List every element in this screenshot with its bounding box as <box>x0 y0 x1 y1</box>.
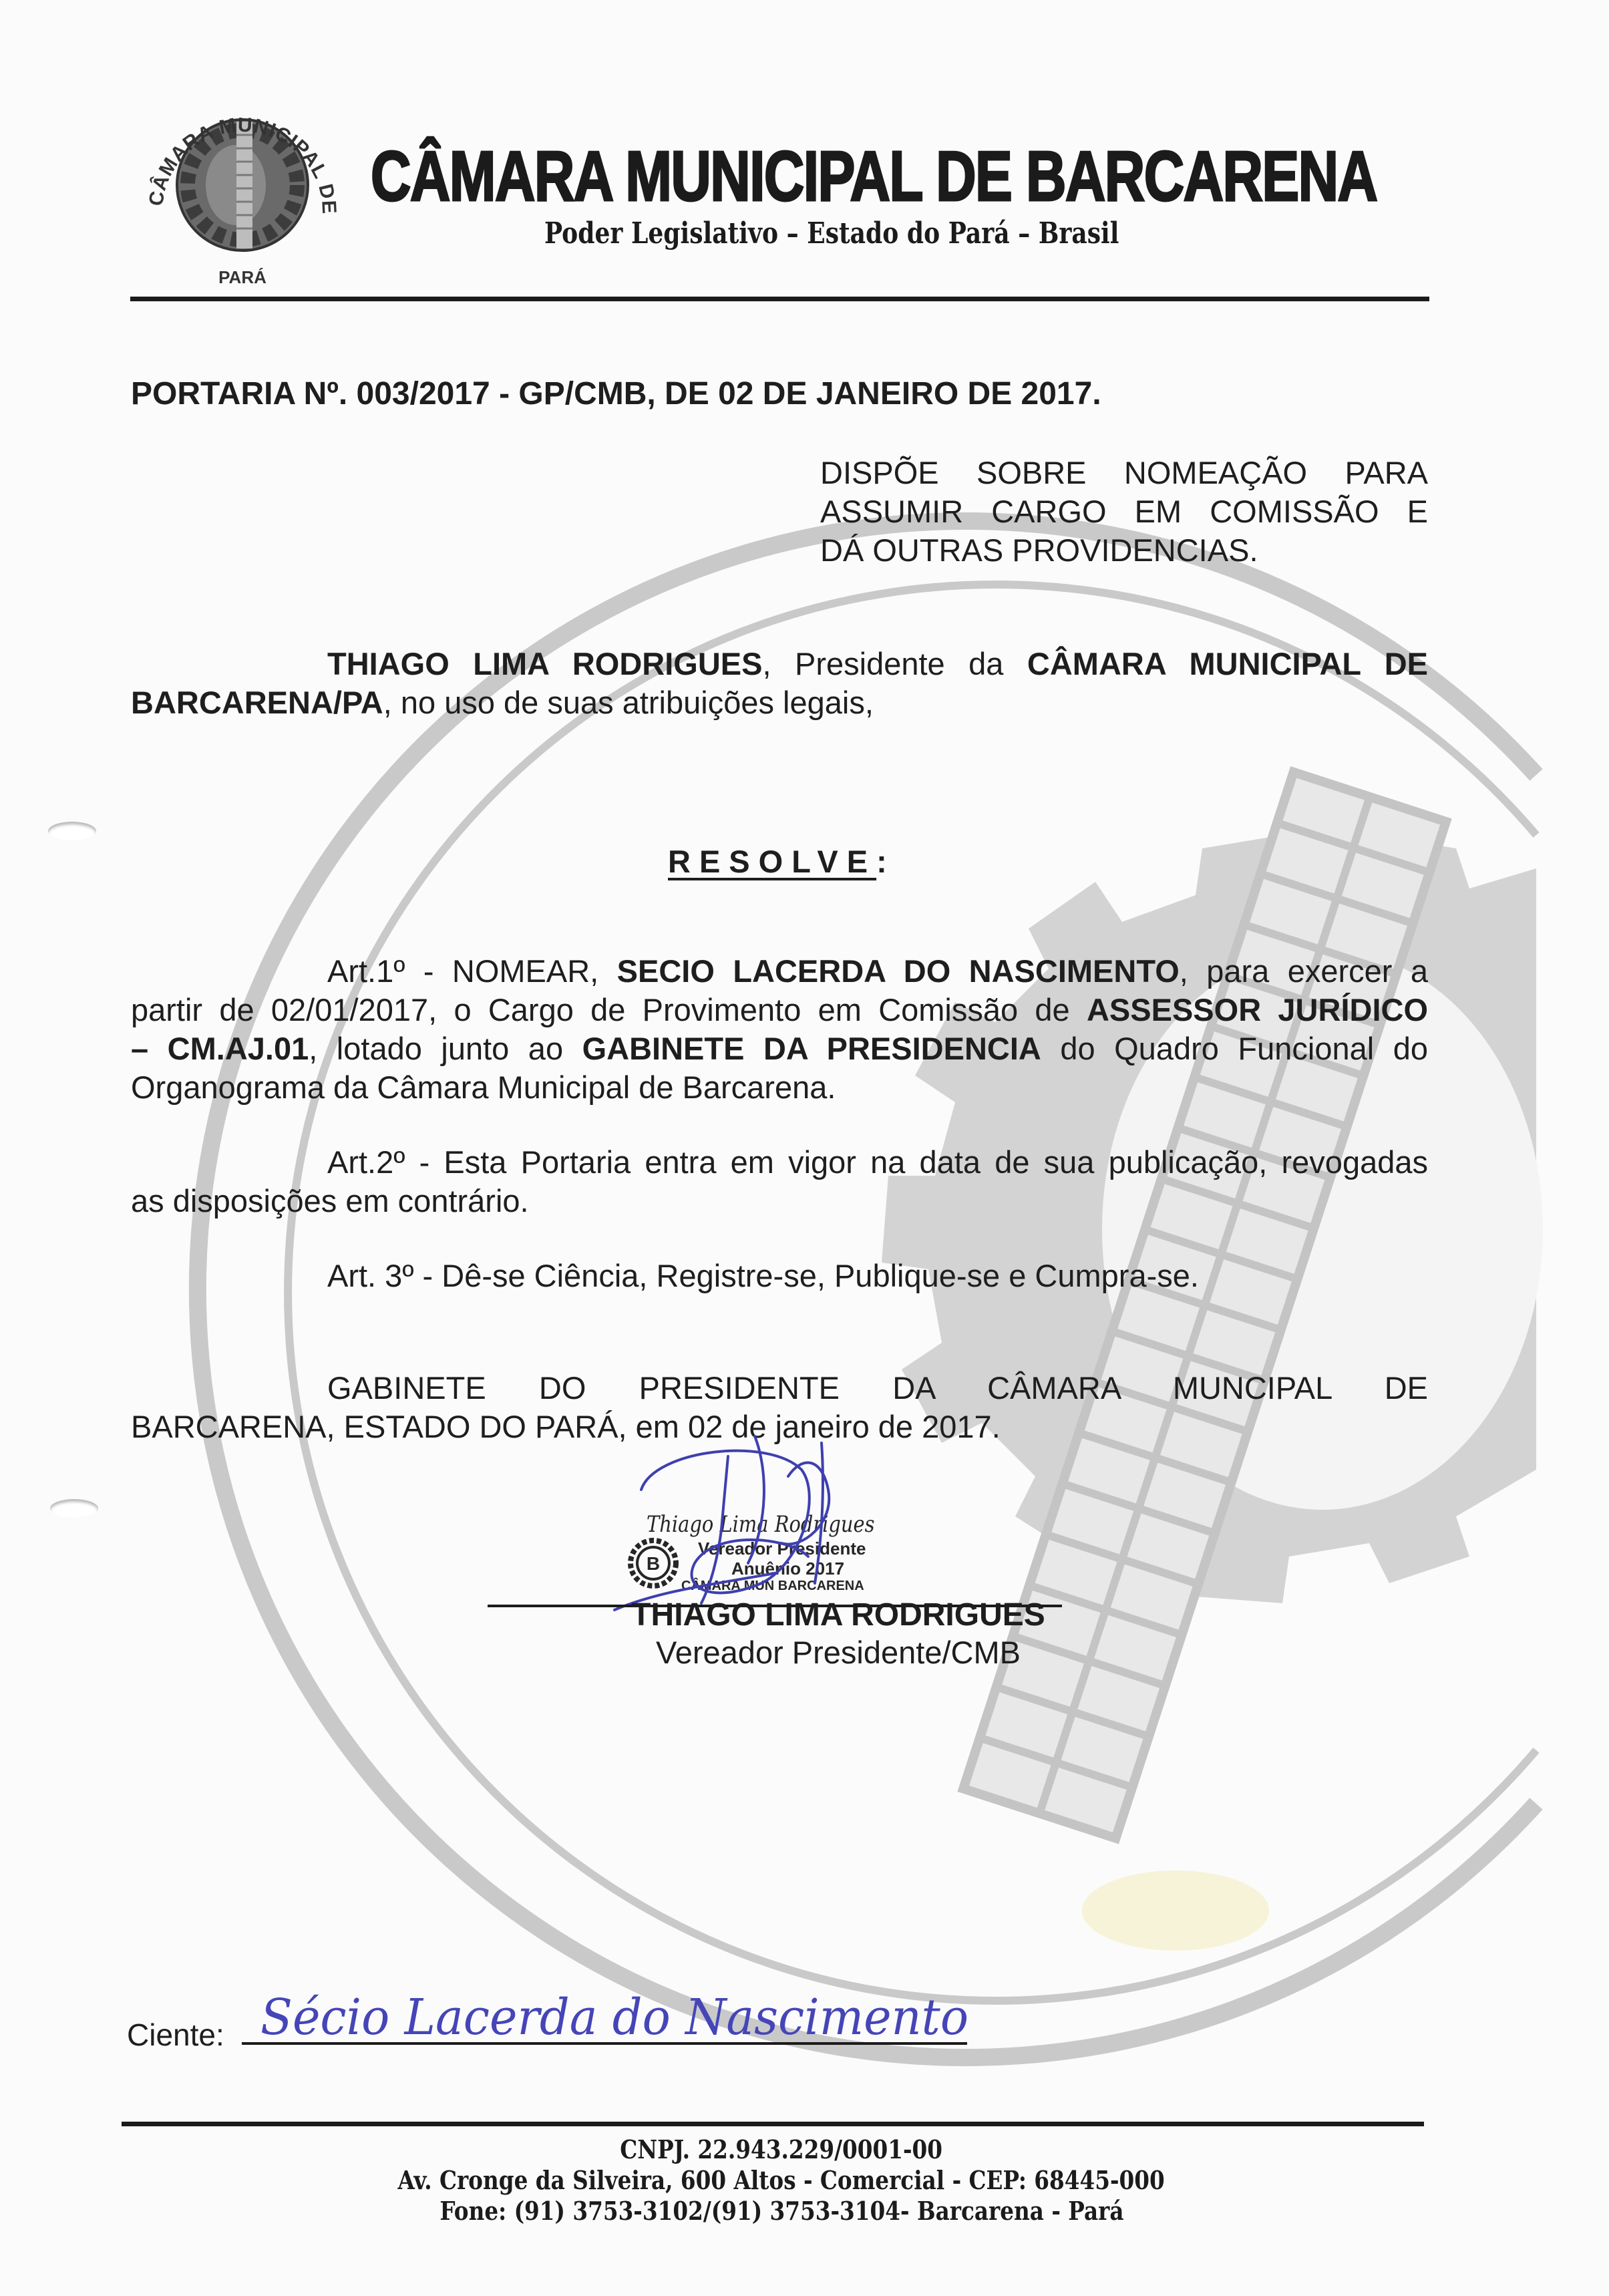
ementa-line: DÁ OUTRAS PROVIDENCIAS. <box>820 532 1428 569</box>
institution-title: CÂMARA MUNICIPAL DE BARCARENA <box>371 143 1099 210</box>
signer-name: THIAGO LIMA RODRIGUES <box>488 1597 1189 1634</box>
article-text: partir de 02/01/2017, o Cargo de Provime… <box>131 992 1087 1027</box>
ciente-line <box>242 2042 967 2045</box>
article-2-line: as disposições em contrário. <box>131 1182 1428 1220</box>
portaria-heading: PORTARIA Nº. 003/2017 - GP/CMB, DE 02 DE… <box>131 375 1101 413</box>
article-1-line: Organograma da Câmara Municipal de Barca… <box>131 1069 1428 1106</box>
position-code: – CM.AJ.01 <box>131 1031 309 1066</box>
phone-text: Fone: (91) 3753-3102/(91) 3753-3104- Bar… <box>439 2196 1123 2227</box>
footer-cnpj: CNPJ. 22.943.229/0001-00 <box>134 2134 1429 2165</box>
footer-address: Av. Cronge da Silveira, 600 Altos - Come… <box>134 2165 1429 2196</box>
footer-phone: Fone: (91) 3753-3102/(91) 3753-3104- Bar… <box>134 2196 1429 2227</box>
article-text: , lotado junto ao <box>309 1031 582 1066</box>
resolve-text: RESOLVE <box>668 844 876 879</box>
cnpj-text: CNPJ. 22.943.229/0001-00 <box>620 2134 943 2165</box>
article-text: Art.1º - NOMEAR, <box>327 953 617 989</box>
address-text: Av. Cronge da Silveira, 600 Altos - Come… <box>398 2165 1165 2196</box>
chamber-seal-logo-icon: CÂMARA MUNICIPAL DE BARCARENA PARÁ <box>126 75 359 295</box>
punch-hole <box>50 1499 98 1518</box>
article-text: do Quadro Funcional do <box>1041 1031 1428 1066</box>
svg-text:PARÁ: PARÁ <box>218 267 266 287</box>
article-1-line: Art.1º - NOMEAR, SECIO LACERDA DO NASCIM… <box>131 953 1428 990</box>
appointee-name: SECIO LACERDA DO NASCIMENTO <box>617 953 1180 989</box>
article-1-line: – CM.AJ.01, lotado junto ao GABINETE DA … <box>131 1030 1428 1068</box>
header-divider <box>130 297 1429 301</box>
resolve-heading: RESOLVE: <box>668 843 896 880</box>
resolve-colon: : <box>876 843 896 880</box>
department-name: GABINETE DA PRESIDENCIA <box>582 1031 1041 1066</box>
closing-line: GABINETE DO PRESIDENTE DA CÂMARA MUNCIPA… <box>131 1369 1428 1407</box>
preamble-line: BARCARENA/PA, no uso de suas atribuições… <box>131 684 1428 721</box>
president-signature-icon <box>601 1430 948 1623</box>
ementa-line: ASSUMIR CARGO EM COMISSÃO E <box>820 493 1428 530</box>
org-name: BARCARENA/PA <box>131 685 383 720</box>
ementa-line: DISPÕE SOBRE NOMEAÇÃO PARA <box>820 454 1428 492</box>
footer-divider <box>122 2122 1424 2126</box>
article-1-line: partir de 02/01/2017, o Cargo de Provime… <box>131 991 1428 1029</box>
svg-text:Sécio Lacerda do Nascimento: Sécio Lacerda do Nascimento <box>260 1989 968 2046</box>
article-text: , para exercer a <box>1180 953 1428 989</box>
article-2-line: Art.2º - Esta Portaria entra em vigor na… <box>131 1144 1428 1181</box>
position-name: ASSESSOR JURÍDICO <box>1087 992 1428 1027</box>
signer-title: Vereador Presidente/CMB <box>488 1634 1189 1671</box>
institution-subtitle: Poder Legislativo – Estado do Pará – Bra… <box>544 215 1092 253</box>
preamble-text: , Presidente da <box>762 646 1027 681</box>
ciente-label: Ciente: <box>127 2016 224 2054</box>
preamble-line: THIAGO LIMA RODRIGUES, Presidente da CÂM… <box>131 645 1428 683</box>
article-3-line: Art. 3º - Dê-se Ciência, Registre-se, Pu… <box>131 1257 1428 1295</box>
preamble-text: , no uso de suas atribuições legais, <box>383 685 874 720</box>
president-name: THIAGO LIMA RODRIGUES <box>327 646 762 681</box>
org-name: CÂMARA MUNICIPAL DE <box>1027 646 1428 681</box>
punch-hole <box>48 822 96 840</box>
